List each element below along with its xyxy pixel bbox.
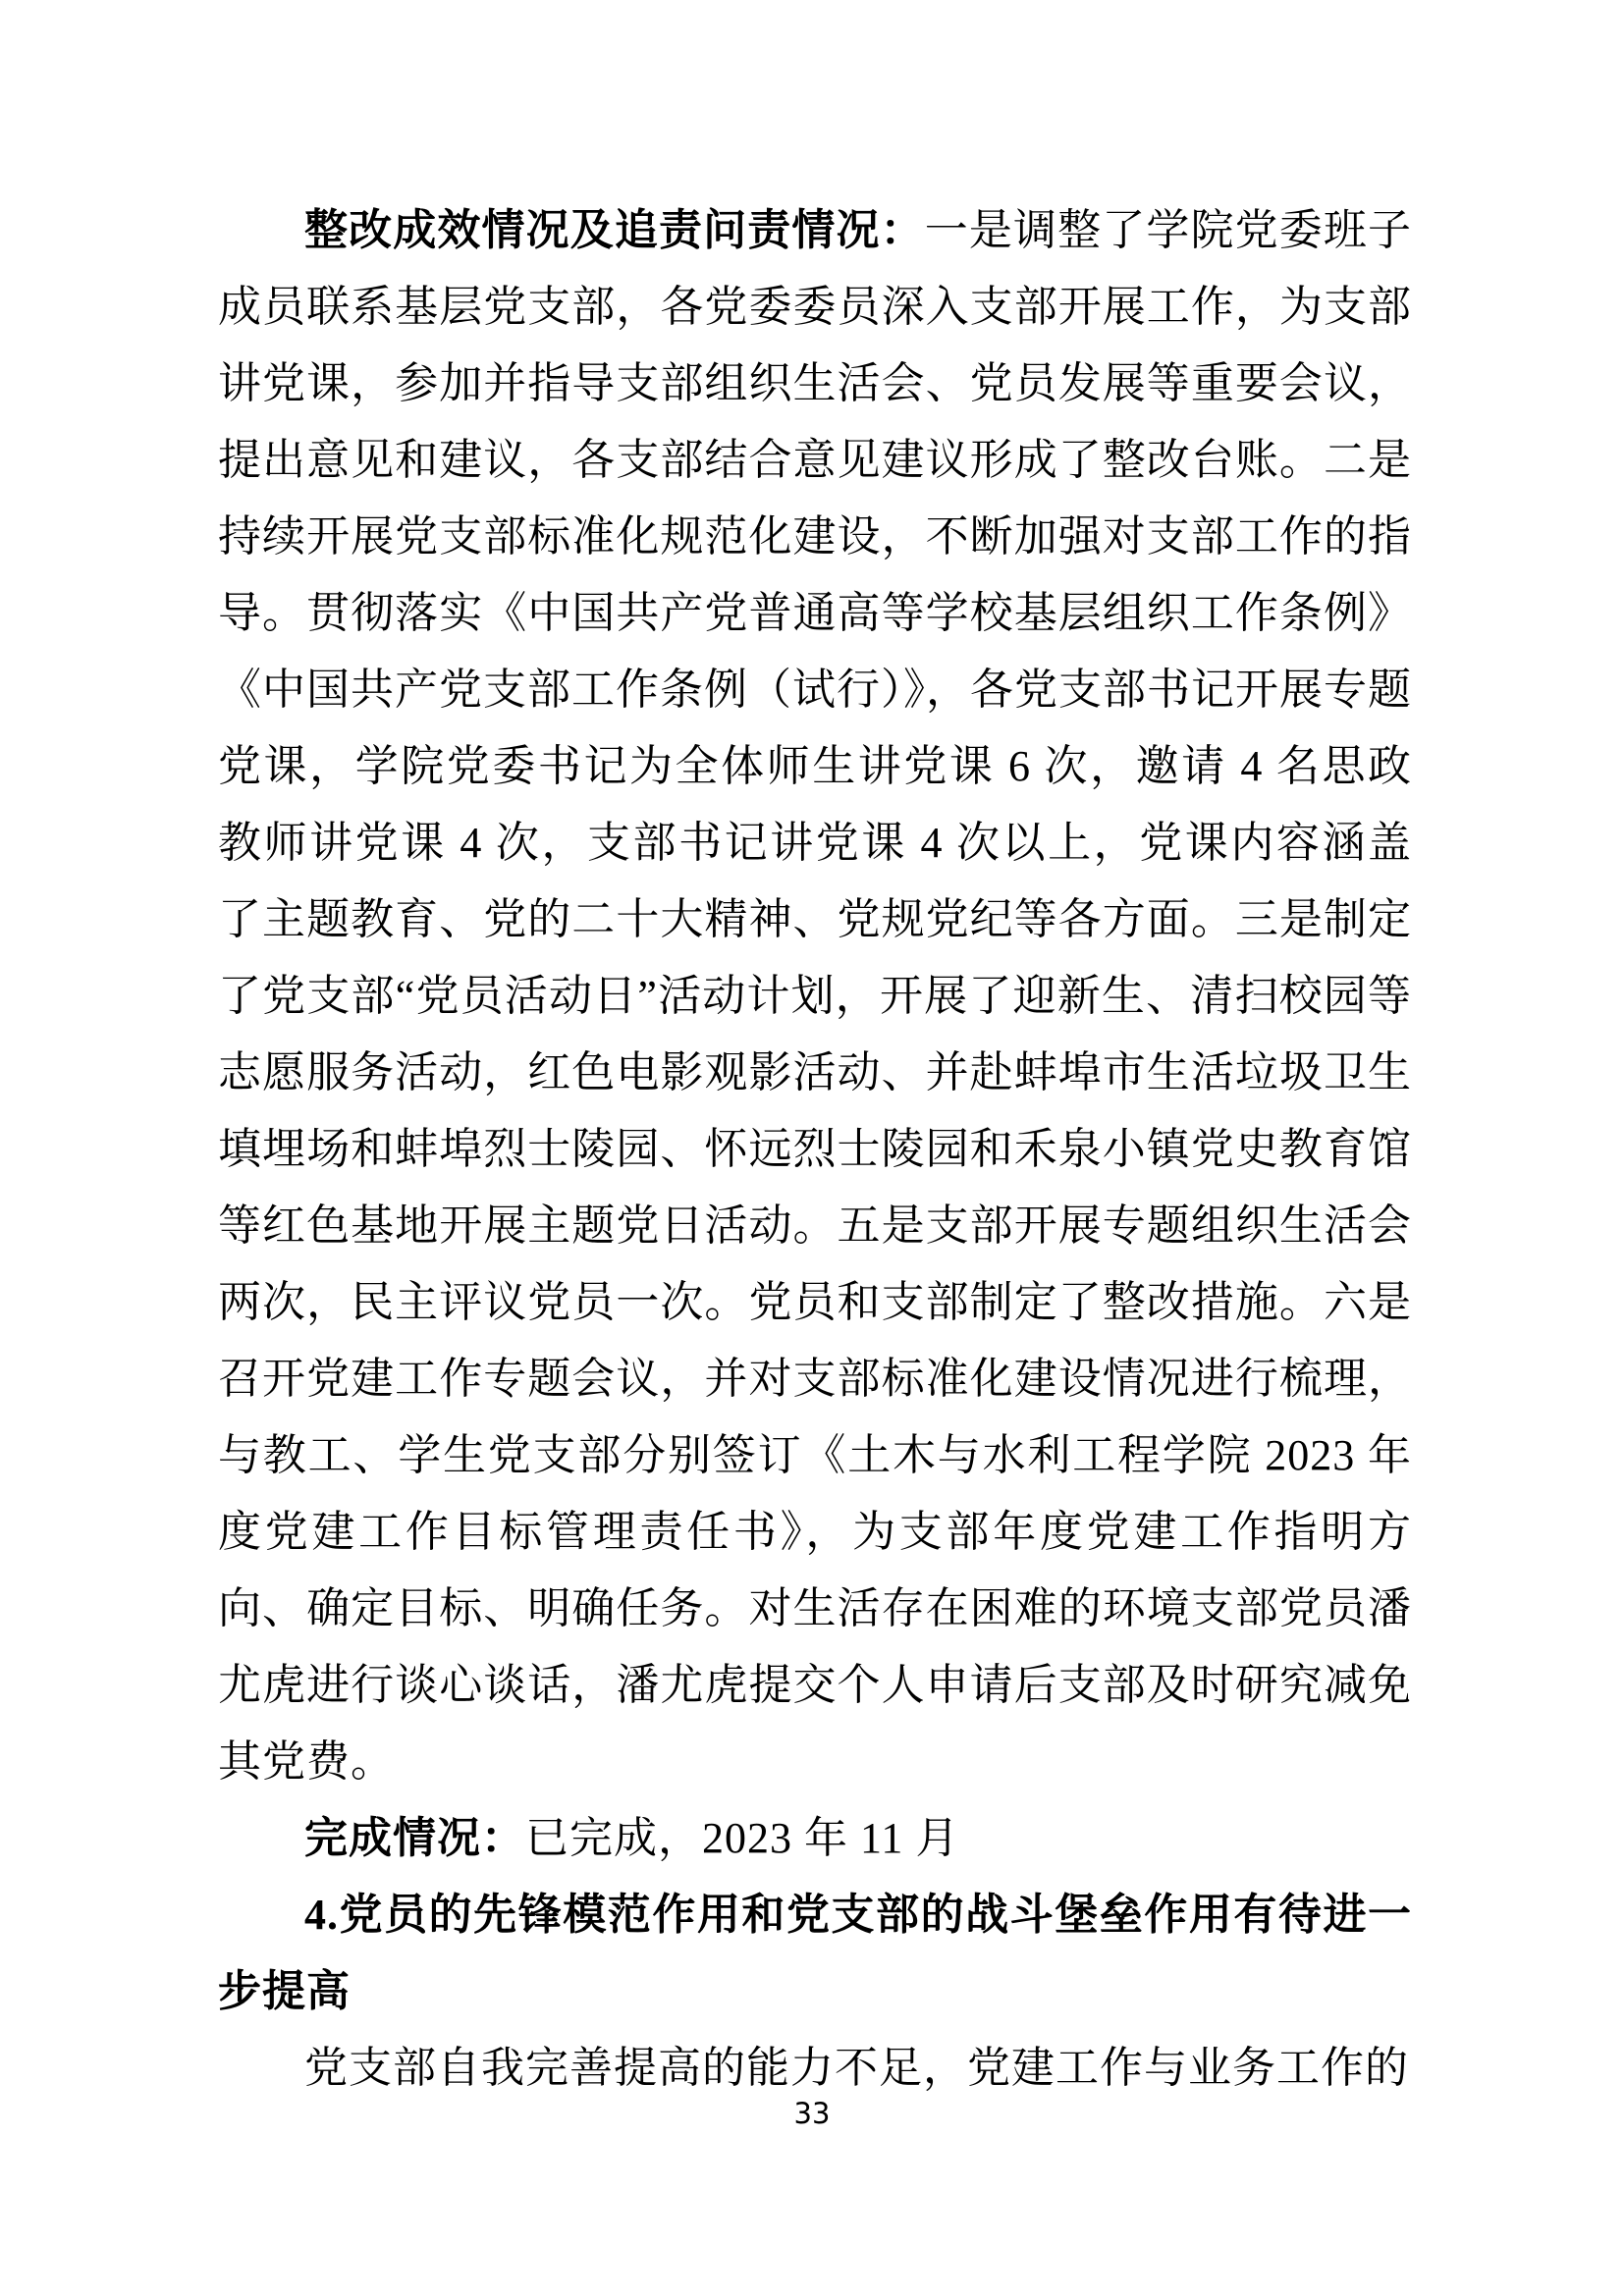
paragraph: 4.党员的先锋模范作用和党支部的战斗堡垒作用有待进一步提高 [218, 1877, 1412, 2030]
paragraph: 党支部自我完善提高的能力不足，党建工作与业务工作的 [218, 2030, 1412, 2107]
text-segment: 已完成，2023 年 11 月 [525, 1814, 959, 1862]
bold-text-segment: 完成情况： [304, 1814, 525, 1862]
paragraph: 整改成效情况及追责问责情况：一是调整了学院党委班子成员联系基层党支部，各党委委员… [218, 192, 1412, 1800]
bold-text-segment: 整改成效情况及追责问责情况： [304, 206, 925, 254]
bold-text-segment: 4.党员的先锋模范作用和党支部的战斗堡垒作用有待进一步提高 [218, 1891, 1412, 2015]
page-number: 33 [0, 2097, 1624, 2130]
text-segment: 一是调整了学院党委班子成员联系基层党支部，各党委委员深入支部开展工作，为支部讲党… [218, 206, 1412, 1786]
document-body: 整改成效情况及追责问责情况：一是调整了学院党委班子成员联系基层党支部，各党委委员… [218, 192, 1412, 2107]
text-segment: 党支部自我完善提高的能力不足，党建工作与业务工作的 [304, 2044, 1409, 2092]
document-page: 整改成效情况及追责问责情况：一是调整了学院党委班子成员联系基层党支部，各党委委员… [0, 0, 1624, 2296]
paragraph: 完成情况：已完成，2023 年 11 月 [218, 1800, 1412, 1877]
